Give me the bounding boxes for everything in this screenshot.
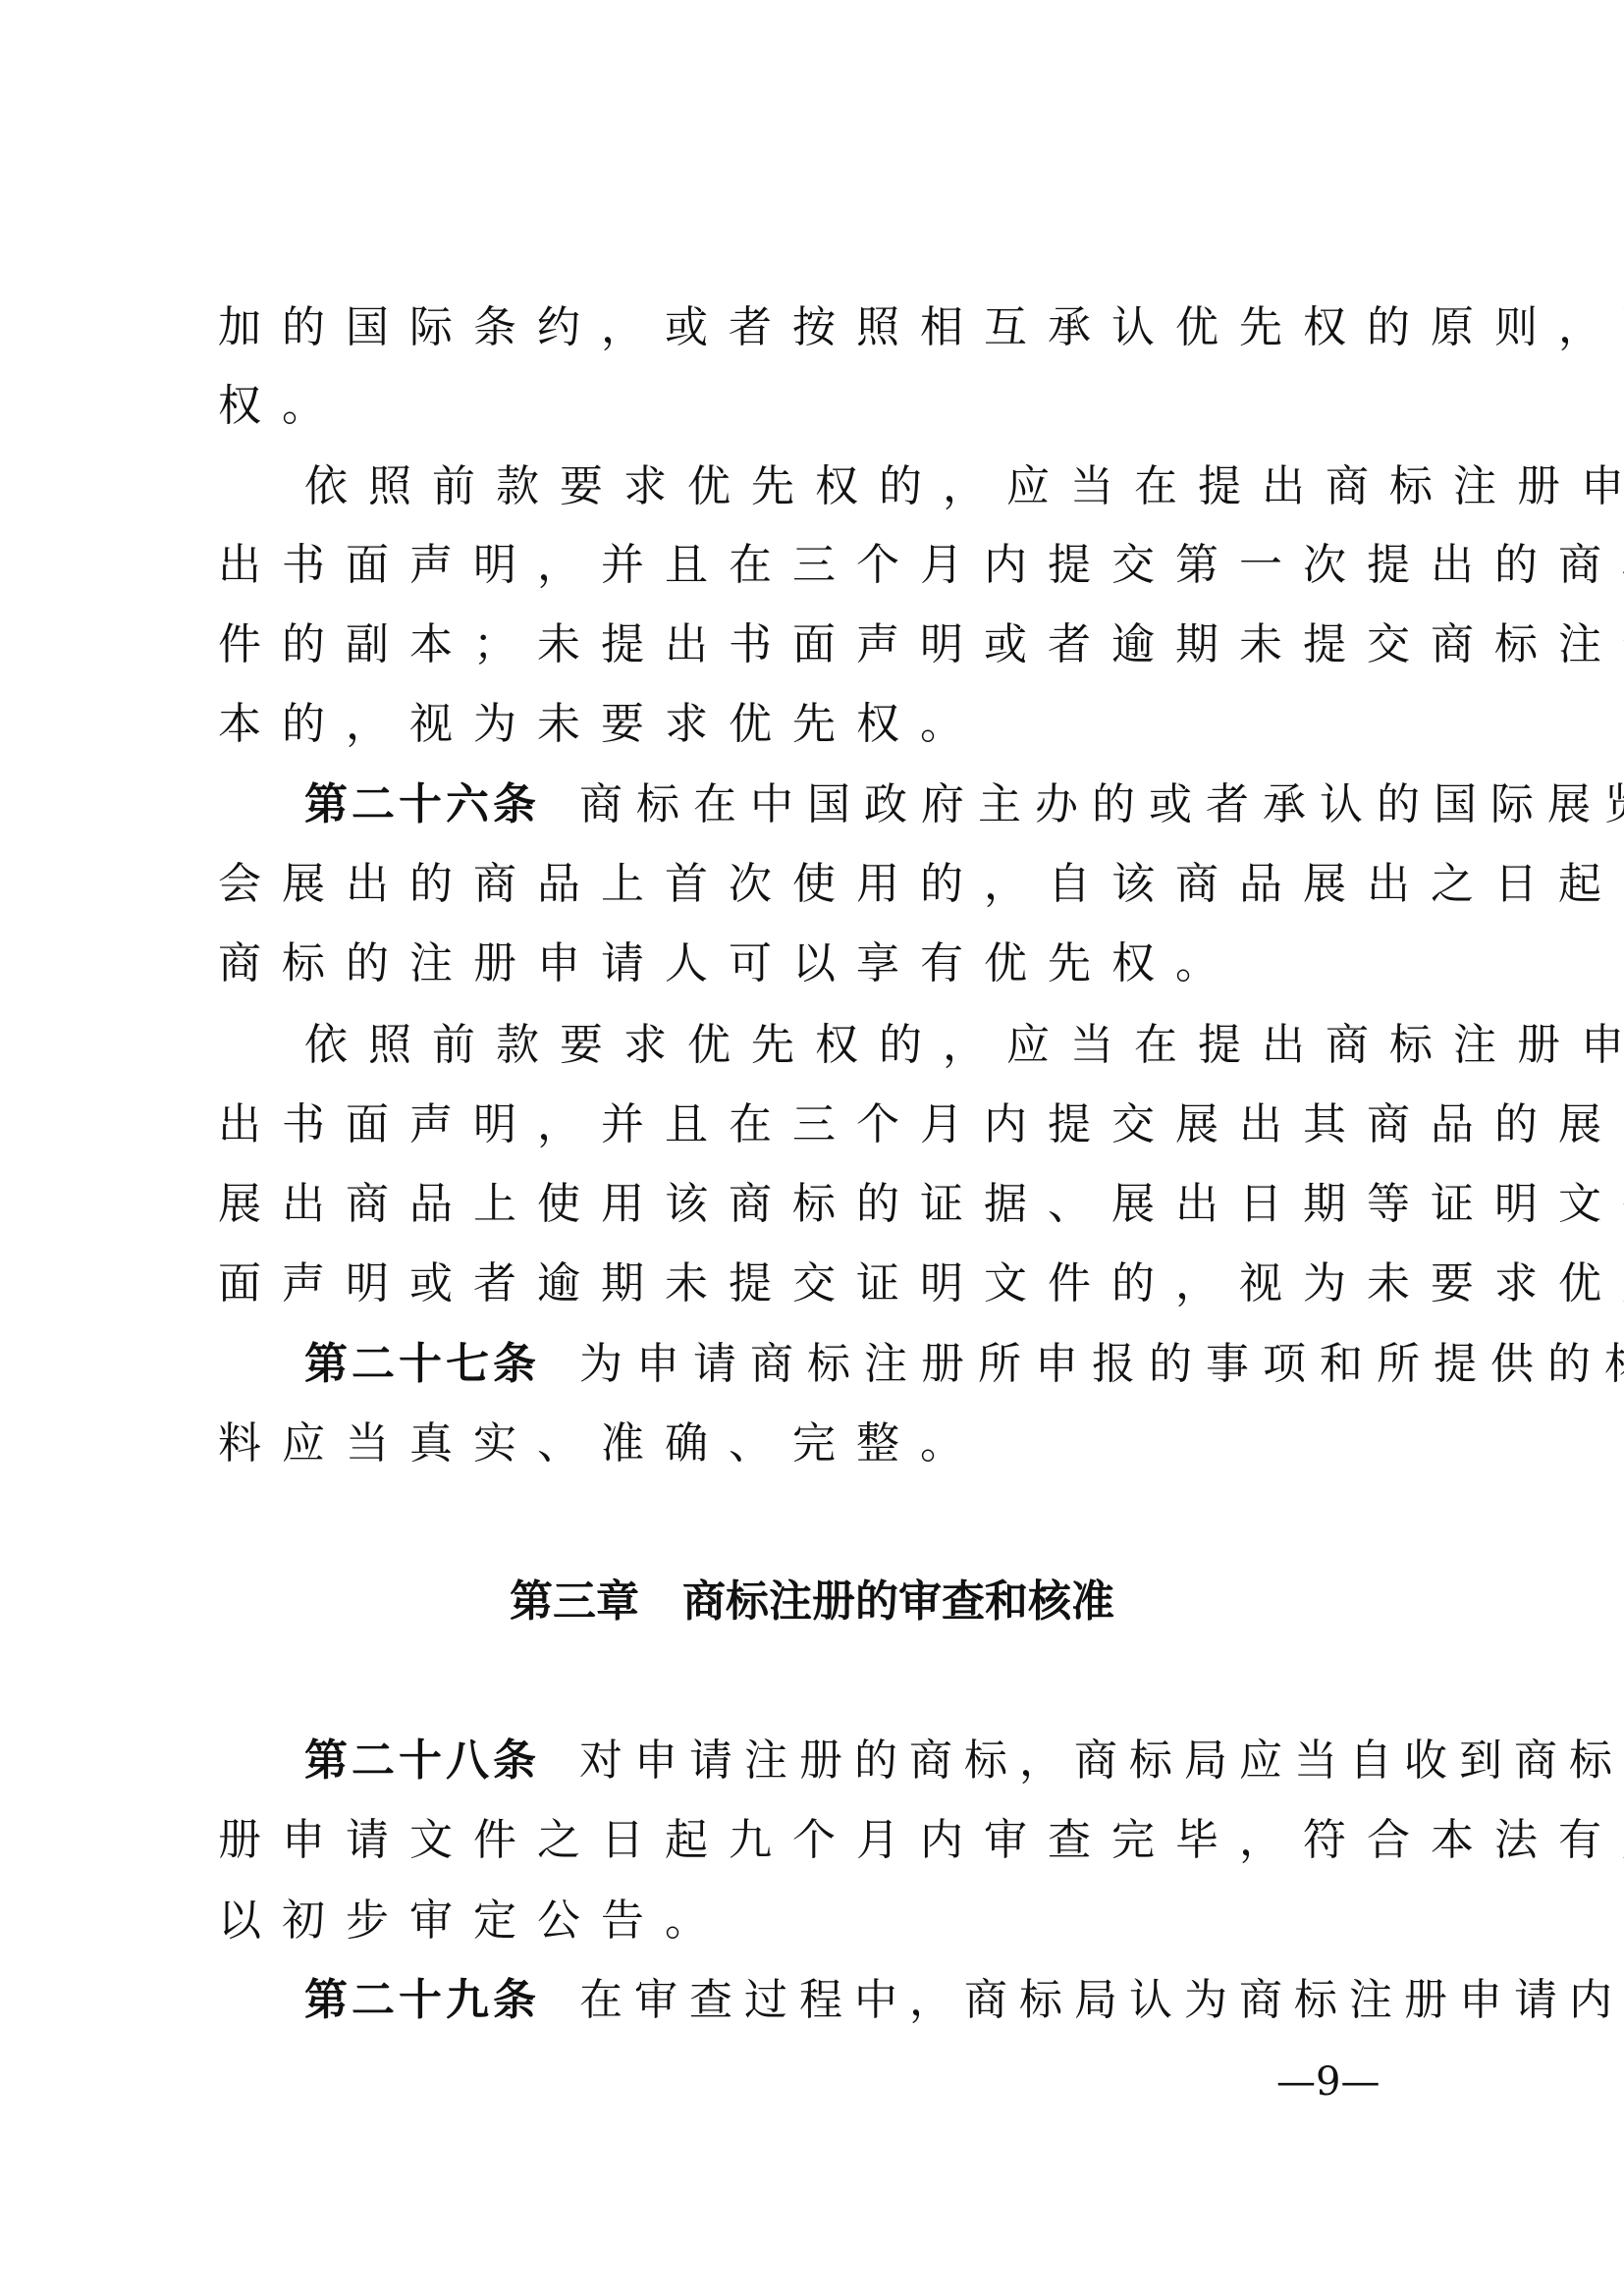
text-line: 依照前款要求优先权的，应当在提出商标注册申请的时候提 bbox=[304, 457, 1532, 516]
text-line: 加的国际条约，或者按照相互承认优先权的原则，可以享有优先 bbox=[218, 298, 1445, 357]
text-line: 册申请文件之日起九个月内审查完毕，符合本法有关规定的，予 bbox=[218, 1811, 1445, 1870]
text-line: 出书面声明，并且在三个月内提交第一次提出的商标注册申请文 bbox=[218, 536, 1445, 595]
text: 商标在中国政府主办的或者承认的国际展览 bbox=[579, 779, 1624, 829]
text-line: 依照前款要求优先权的，应当在提出商标注册申请的时候提 bbox=[304, 1016, 1532, 1075]
article-number: 第二十八条 bbox=[304, 1735, 540, 1786]
text-line: 展出商品上使用该商标的证据、展出日期等证明文件；未提出书 bbox=[218, 1175, 1445, 1234]
text-line: 权。 bbox=[218, 377, 1445, 436]
text: 在审查过程中，商标局认为商标注册申请内容 bbox=[579, 1975, 1624, 2025]
text-line: 会展出的商品上首次使用的，自该商品展出之日起六个月内，该 bbox=[218, 855, 1445, 914]
text-line: 面声明或者逾期未提交证明文件的，视为未要求优先权。 bbox=[218, 1255, 1445, 1313]
article-line: 第二十九条在审查过程中，商标局认为商标注册申请内容 bbox=[304, 1971, 1532, 2030]
text-line: 以初步审定公告。 bbox=[218, 1892, 1445, 1950]
text-line: 本的，视为未要求优先权。 bbox=[218, 695, 1445, 754]
article-number: 第二十九条 bbox=[304, 1975, 540, 2025]
article-number: 第二十七条 bbox=[304, 1339, 540, 1389]
text-line: 件的副本；未提出书面声明或者逾期未提交商标注册申请文件副 bbox=[218, 615, 1445, 674]
article-line: 第二十六条商标在中国政府主办的或者承认的国际展览 bbox=[304, 775, 1532, 834]
text-line: 料应当真实、准确、完整。 bbox=[218, 1415, 1445, 1473]
text: 为申请商标注册所申报的事项和所提供的材 bbox=[579, 1339, 1624, 1389]
text-line: 出书面声明，并且在三个月内提交展出其商品的展览会名称、在 bbox=[218, 1095, 1445, 1154]
text-line: 商标的注册申请人可以享有优先权。 bbox=[218, 934, 1445, 993]
article-number: 第二十六条 bbox=[304, 779, 540, 829]
text: 对申请注册的商标，商标局应当自收到商标注 bbox=[579, 1735, 1624, 1786]
article-line: 第二十七条为申请商标注册所申报的事项和所提供的材 bbox=[304, 1335, 1532, 1394]
article-line: 第二十八条对申请注册的商标，商标局应当自收到商标注 bbox=[304, 1732, 1532, 1790]
page-number: —9— bbox=[1276, 2053, 1380, 2111]
chapter-heading: 第三章 商标注册的审查和核准 bbox=[0, 1573, 1624, 1631]
